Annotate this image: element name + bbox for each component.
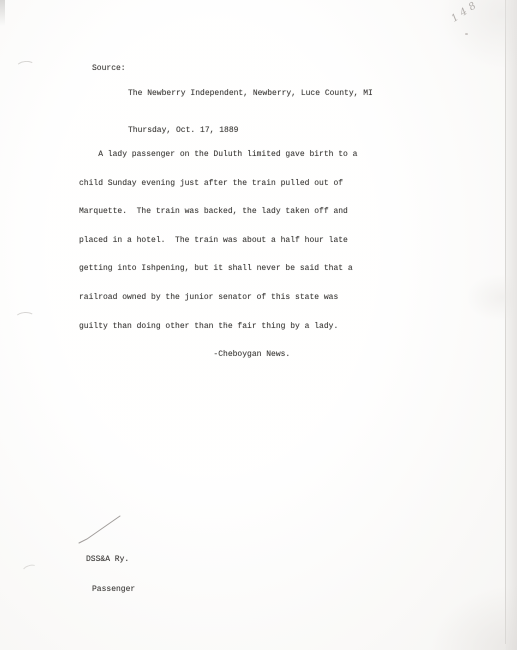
pencil-checkmark-icon xyxy=(76,514,122,547)
attribution-line: -Cheboygan News. xyxy=(79,350,357,361)
pencil-stray-mark xyxy=(465,33,468,35)
article-line: guilty than doing other than the fair th… xyxy=(79,322,357,333)
article-line: A lady passenger on the Duluth limited g… xyxy=(79,150,357,161)
index-notation: DSS&A Ry. Passenger xyxy=(86,536,135,614)
article-line: placed in a hotel. The train was about a… xyxy=(79,236,357,247)
scan-edge-artifact xyxy=(0,0,5,26)
subject-category-line: Passenger xyxy=(92,584,135,596)
source-citation-line: The Newberry Independent, Newberry, Luce… xyxy=(128,88,373,100)
scan-frame: Source: The Newberry Independent, Newber… xyxy=(0,0,517,650)
railway-name-line: DSS&A Ry. xyxy=(86,554,135,566)
paper-smudge xyxy=(440,0,517,70)
scan-background-strip xyxy=(506,0,517,650)
corner-shadow xyxy=(430,585,517,650)
article-line: Marquette. The train was backed, the lad… xyxy=(79,207,357,218)
article-line: getting into Ishpening, but it shall nev… xyxy=(79,264,357,275)
scan-speck xyxy=(225,322,227,324)
article-line: child Sunday evening just after the trai… xyxy=(79,179,357,190)
paper-smudge xyxy=(468,275,517,320)
article-line: railroad owned by the junior senator of … xyxy=(79,293,357,304)
article-paragraph: A lady passenger on the Duluth limited g… xyxy=(79,132,357,379)
paper-right-edge xyxy=(505,0,506,644)
